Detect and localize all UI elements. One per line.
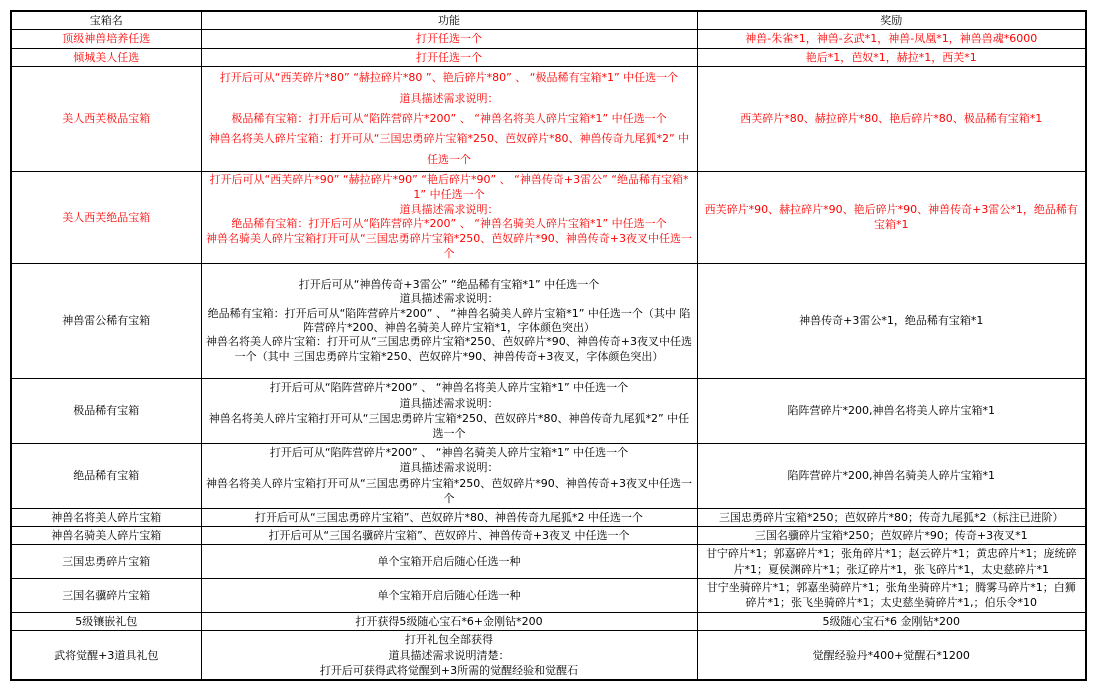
chest-name-cell: 倾城美人任选 xyxy=(11,48,201,66)
header-chest-name: 宝箱名 xyxy=(11,11,201,30)
chest-name-cell: 顶级神兽培养任选 xyxy=(11,30,201,48)
function-cell: 打开后可从“三国忠勇碎片宝箱”、芭奴碎片*80、神兽传奇九尾狐*2 中任选一个 xyxy=(201,508,697,526)
header-function: 功能 xyxy=(201,11,697,30)
reward-cell: 甘宁坐骑碎片*1；郭嘉坐骑碎片*1；张角坐骑碎片*1；腾雾马碎片*1；白狮碎片*… xyxy=(697,579,1086,613)
chest-name-cell: 神兽名将美人碎片宝箱 xyxy=(11,508,201,526)
reward-cell: 甘宁碎片*1；郭嘉碎片*1；张角碎片*1；赵云碎片*1；黄忠碎片*1；庞统碎片*… xyxy=(697,545,1086,579)
document-sheet: 宝箱名 功能 奖励 顶级神兽培养任选 打开任选一个 神兽-朱雀*1，神兽-玄武*… xyxy=(0,0,1093,691)
table-row: 武将觉醒+3道具礼包 打开礼包全部获得 道具描述需求说明清楚： 打开后可获得武将… xyxy=(11,631,1086,681)
chest-name-cell: 5级镶嵌礼包 xyxy=(11,612,201,630)
table-row: 5级镶嵌礼包 打开获得5级随心宝石*6+金刚钻*200 5级随心宝石*6 金刚钻… xyxy=(11,612,1086,630)
reward-cell: 觉醒经验丹*400+觉醒石*1200 xyxy=(697,631,1086,681)
reward-cell: 三国忠勇碎片宝箱*250；芭奴碎片*80；传奇九尾狐*2（标注已进阶） xyxy=(697,508,1086,526)
function-cell: 打开后可从“西芙碎片*80” “赫拉碎片*80 ”、艳后碎片*80” 、 “极品… xyxy=(201,67,697,172)
function-cell: 打开任选一个 xyxy=(201,48,697,66)
chest-name-cell: 三国忠勇碎片宝箱 xyxy=(11,545,201,579)
chest-name-cell: 绝品稀有宝箱 xyxy=(11,443,201,508)
function-cell: 打开后可从“陷阵营碎片*200” 、 “神兽名骑美人碎片宝箱*1” 中任选一个 … xyxy=(201,443,697,508)
table-row: 美人西芙绝品宝箱 打开后可从“西芙碎片*90” “赫拉碎片*90” “艳后碎片*… xyxy=(11,171,1086,263)
reward-cell: 陷阵营碎片*200,神兽名骑美人碎片宝箱*1 xyxy=(697,443,1086,508)
reward-cell: 神兽-朱雀*1，神兽-玄武*1，神兽-凤凰*1，神兽兽魂*6000 xyxy=(697,30,1086,48)
table-row: 神兽名骑美人碎片宝箱 打开后可从“三国名骥碎片宝箱”、芭奴碎片、神兽传奇+3夜叉… xyxy=(11,526,1086,544)
reward-cell: 陷阵营碎片*200,神兽名将美人碎片宝箱*1 xyxy=(697,378,1086,443)
table-row: 顶级神兽培养任选 打开任选一个 神兽-朱雀*1，神兽-玄武*1，神兽-凤凰*1，… xyxy=(11,30,1086,48)
chest-name-cell: 武将觉醒+3道具礼包 xyxy=(11,631,201,681)
function-cell: 单个宝箱开启后随心任选一种 xyxy=(201,545,697,579)
reward-cell: 西芙碎片*90、赫拉碎片*90、艳后碎片*90、神兽传奇+3雷公*1，绝品稀有宝… xyxy=(697,171,1086,263)
chest-name-cell: 三国名骥碎片宝箱 xyxy=(11,579,201,613)
chest-name-cell: 极品稀有宝箱 xyxy=(11,378,201,443)
reward-cell: 5级随心宝石*6 金刚钻*200 xyxy=(697,612,1086,630)
function-cell: 打开获得5级随心宝石*6+金刚钻*200 xyxy=(201,612,697,630)
function-cell: 打开后可从“神兽传奇+3雷公” “绝品稀有宝箱*1” 中任选一个 道具描述需求说… xyxy=(201,263,697,378)
table-row: 绝品稀有宝箱 打开后可从“陷阵营碎片*200” 、 “神兽名骑美人碎片宝箱*1”… xyxy=(11,443,1086,508)
table-row: 三国忠勇碎片宝箱 单个宝箱开启后随心任选一种 甘宁碎片*1；郭嘉碎片*1；张角碎… xyxy=(11,545,1086,579)
reward-cell: 西芙碎片*80、赫拉碎片*80、艳后碎片*80、极品稀有宝箱*1 xyxy=(697,67,1086,172)
chest-name-cell: 神兽名骑美人碎片宝箱 xyxy=(11,526,201,544)
treasure-chest-table: 宝箱名 功能 奖励 顶级神兽培养任选 打开任选一个 神兽-朱雀*1，神兽-玄武*… xyxy=(10,10,1087,681)
reward-cell: 三国名骥碎片宝箱*250；芭奴碎片*90；传奇+3夜叉*1 xyxy=(697,526,1086,544)
table-row: 美人西芙极品宝箱 打开后可从“西芙碎片*80” “赫拉碎片*80 ”、艳后碎片*… xyxy=(11,67,1086,172)
function-cell: 打开后可从“西芙碎片*90” “赫拉碎片*90” “艳后碎片*90” 、 “神兽… xyxy=(201,171,697,263)
function-cell: 打开后可从“陷阵营碎片*200” 、 “神兽名将美人碎片宝箱*1” 中任选一个 … xyxy=(201,378,697,443)
table-header-row: 宝箱名 功能 奖励 xyxy=(11,11,1086,30)
chest-name-cell: 神兽雷公稀有宝箱 xyxy=(11,263,201,378)
header-reward: 奖励 xyxy=(697,11,1086,30)
chest-name-cell: 美人西芙绝品宝箱 xyxy=(11,171,201,263)
table-row: 极品稀有宝箱 打开后可从“陷阵营碎片*200” 、 “神兽名将美人碎片宝箱*1”… xyxy=(11,378,1086,443)
function-cell: 单个宝箱开启后随心任选一种 xyxy=(201,579,697,613)
function-cell: 打开任选一个 xyxy=(201,30,697,48)
reward-cell: 神兽传奇+3雷公*1，绝品稀有宝箱*1 xyxy=(697,263,1086,378)
chest-name-cell: 美人西芙极品宝箱 xyxy=(11,67,201,172)
table-row: 倾城美人任选 打开任选一个 艳后*1，芭奴*1，赫拉*1，西芙*1 xyxy=(11,48,1086,66)
reward-cell: 艳后*1，芭奴*1，赫拉*1，西芙*1 xyxy=(697,48,1086,66)
table-row: 三国名骥碎片宝箱 单个宝箱开启后随心任选一种 甘宁坐骑碎片*1；郭嘉坐骑碎片*1… xyxy=(11,579,1086,613)
table-row: 神兽名将美人碎片宝箱 打开后可从“三国忠勇碎片宝箱”、芭奴碎片*80、神兽传奇九… xyxy=(11,508,1086,526)
function-cell: 打开礼包全部获得 道具描述需求说明清楚： 打开后可获得武将觉醒到+3所需的觉醒经… xyxy=(201,631,697,681)
table-row: 神兽雷公稀有宝箱 打开后可从“神兽传奇+3雷公” “绝品稀有宝箱*1” 中任选一… xyxy=(11,263,1086,378)
function-cell: 打开后可从“三国名骥碎片宝箱”、芭奴碎片、神兽传奇+3夜叉 中任选一个 xyxy=(201,526,697,544)
